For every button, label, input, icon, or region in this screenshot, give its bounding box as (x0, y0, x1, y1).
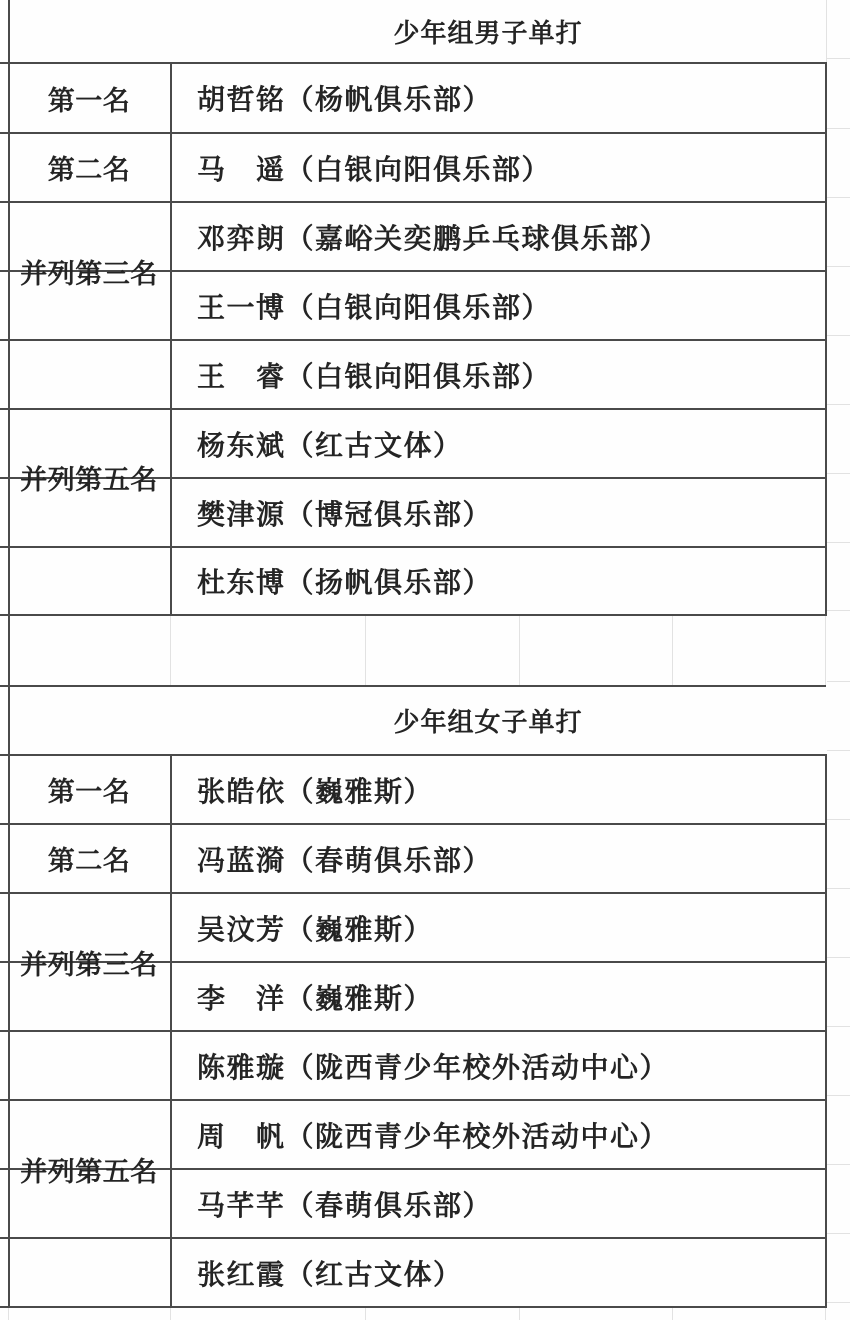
gridline (827, 404, 850, 405)
gridline (827, 473, 850, 474)
section-title-men: 少年组男子单打 (8, 0, 850, 62)
rank-cell-second: 第二名 (10, 825, 168, 892)
player-cell: 吴汶芳（巍雅斯） (172, 894, 822, 961)
gridline (170, 1308, 171, 1320)
gridline (827, 888, 850, 889)
rank-cell-first: 第一名 (10, 756, 168, 823)
player-cell: 周 帆（陇西青少年校外活动中心） (172, 1101, 822, 1168)
player-cell: 杨东斌（红古文体） (172, 410, 822, 477)
gridline (827, 681, 850, 682)
player-cell: 冯蓝漪（春萌俱乐部） (172, 825, 822, 892)
gridline (827, 1233, 850, 1234)
player-cell: 胡哲铭（杨帆俱乐部） (172, 64, 822, 132)
player-cell: 杜东博（扬帆俱乐部） (172, 548, 822, 614)
gridline (827, 819, 850, 820)
results-sheet: 少年组男子单打 第一名 第二名 并列第三名 并列第五名 胡哲铭（杨帆俱乐部） 马… (0, 0, 850, 1320)
gridline (827, 197, 850, 198)
gridline (827, 1026, 850, 1027)
player-cell: 张红霞（红古文体） (172, 1239, 822, 1306)
gridline (827, 335, 850, 336)
rank-cell-second: 第二名 (10, 134, 168, 201)
player-cell: 李 洋（巍雅斯） (172, 963, 822, 1030)
section-title-women: 少年组女子单打 (8, 687, 850, 754)
table-border (825, 62, 827, 616)
gridline (825, 616, 826, 685)
gridline (827, 610, 850, 611)
gridline (827, 266, 850, 267)
gridline (8, 1308, 9, 1320)
gridline (827, 1164, 850, 1165)
player-cell: 樊津源（博冠俱乐部） (172, 479, 822, 546)
gridline (827, 542, 850, 543)
gridline (519, 1308, 520, 1320)
rank-cell-tied-fifth: 并列第五名 (10, 1032, 168, 1306)
rank-cell-tied-third: 并列第三名 (10, 203, 168, 339)
table-border (825, 754, 827, 1308)
player-cell: 陈雅璇（陇西青少年校外活动中心） (172, 1032, 822, 1099)
gridline (827, 1095, 850, 1096)
gridline (827, 957, 850, 958)
gridline (672, 1308, 673, 1320)
table-border (0, 614, 826, 616)
gridline (827, 128, 850, 129)
player-cell: 王一博（白银向阳俱乐部） (172, 272, 822, 339)
gridline (170, 616, 171, 685)
gridline (825, 1308, 826, 1320)
gridline (365, 616, 366, 685)
player-cell: 马 遥（白银向阳俱乐部） (172, 134, 822, 201)
player-cell: 马芊芊（春萌俱乐部） (172, 1170, 822, 1237)
gridline (827, 1302, 850, 1303)
player-cell: 王 睿（白银向阳俱乐部） (172, 341, 822, 408)
player-cell: 张皓依（巍雅斯） (172, 756, 822, 823)
table-border (0, 1306, 826, 1308)
gridline (672, 616, 673, 685)
rank-cell-first: 第一名 (10, 64, 168, 132)
rank-cell-tied-fifth: 并列第五名 (10, 341, 168, 614)
rank-cell-tied-third: 并列第三名 (10, 894, 168, 1030)
gridline (519, 616, 520, 685)
player-cell: 邓弈朗（嘉峪关奕鹏乒乓球俱乐部） (172, 203, 822, 270)
gridline (365, 1308, 366, 1320)
